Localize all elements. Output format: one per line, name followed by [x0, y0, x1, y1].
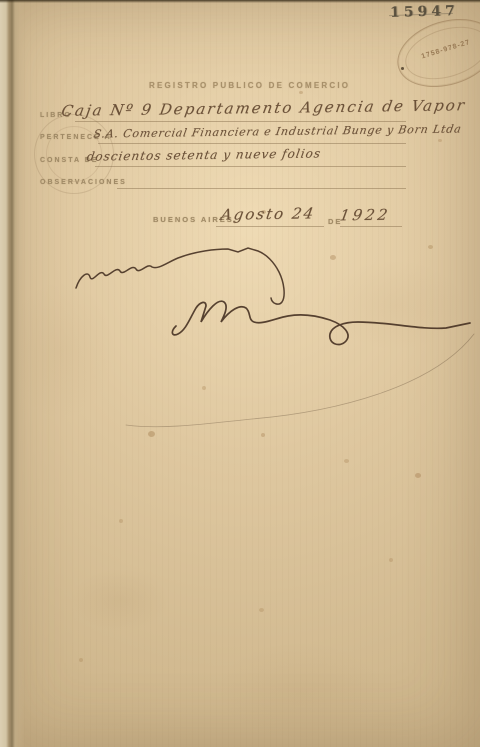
registry-title: REGISTRO PUBLICO DE COMERCIO: [149, 81, 350, 90]
rule-line: [95, 166, 406, 167]
form-value-libro: Caja Nº 9 Departamento Agencia de Vapor: [60, 96, 467, 120]
signature-flourish-tail: [126, 334, 474, 427]
oval-stamp: 1758-978-27: [389, 7, 480, 98]
foxing-spot: [202, 386, 206, 390]
rule-line: [75, 121, 406, 122]
signature-2: [172, 301, 470, 344]
rule-line: [117, 188, 406, 189]
foxing-spot: [389, 558, 393, 562]
foxing-spot: [428, 245, 433, 249]
scanned-ledger-page: 15947 1758-978-27 REGISTRO PUBLICO DE CO…: [0, 0, 480, 747]
foxing-spot: [261, 433, 265, 437]
oval-stamp-code: 1758-978-27: [397, 32, 480, 68]
foxing-spot: [299, 91, 303, 94]
foxing-spot: [344, 459, 349, 463]
form-label-observaciones: OBSERVACIONES: [40, 179, 127, 186]
foxing-spot: [79, 658, 83, 662]
date-rule: [216, 226, 324, 227]
form-value-consta: doscientos setenta y nueve folios: [86, 146, 323, 163]
foxing-spot: [259, 608, 264, 612]
signature-1: [76, 248, 284, 304]
form-value-pertenece: S.A. Comercial Financiera e Industrial B…: [93, 122, 463, 140]
foxing-spot: [415, 473, 421, 478]
rule-line: [98, 143, 406, 144]
date-rule: [340, 226, 402, 227]
serial-number-stamp: 15947: [390, 3, 459, 21]
foxing-spot: [148, 431, 155, 437]
date-handwritten: Agosto 24: [219, 204, 316, 223]
binding-edge: [0, 0, 26, 747]
page-top-edge: [0, 0, 480, 3]
date-year: 1922: [338, 206, 391, 225]
foxing-spot: [438, 139, 442, 142]
foxing-spot: [119, 519, 123, 523]
foxing-spot: [330, 255, 336, 260]
